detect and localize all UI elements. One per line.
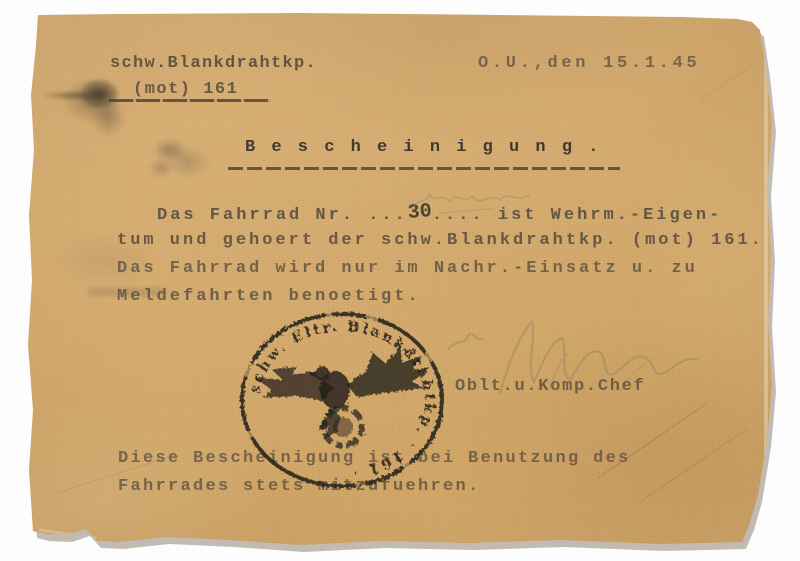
edge-vignette bbox=[0, 0, 800, 561]
photo-background: schw.Blankdrahtkp. (mot) 161 O.U.,den 15… bbox=[0, 0, 800, 561]
document-paper: schw.Blankdrahtkp. (mot) 161 O.U.,den 15… bbox=[0, 0, 800, 561]
